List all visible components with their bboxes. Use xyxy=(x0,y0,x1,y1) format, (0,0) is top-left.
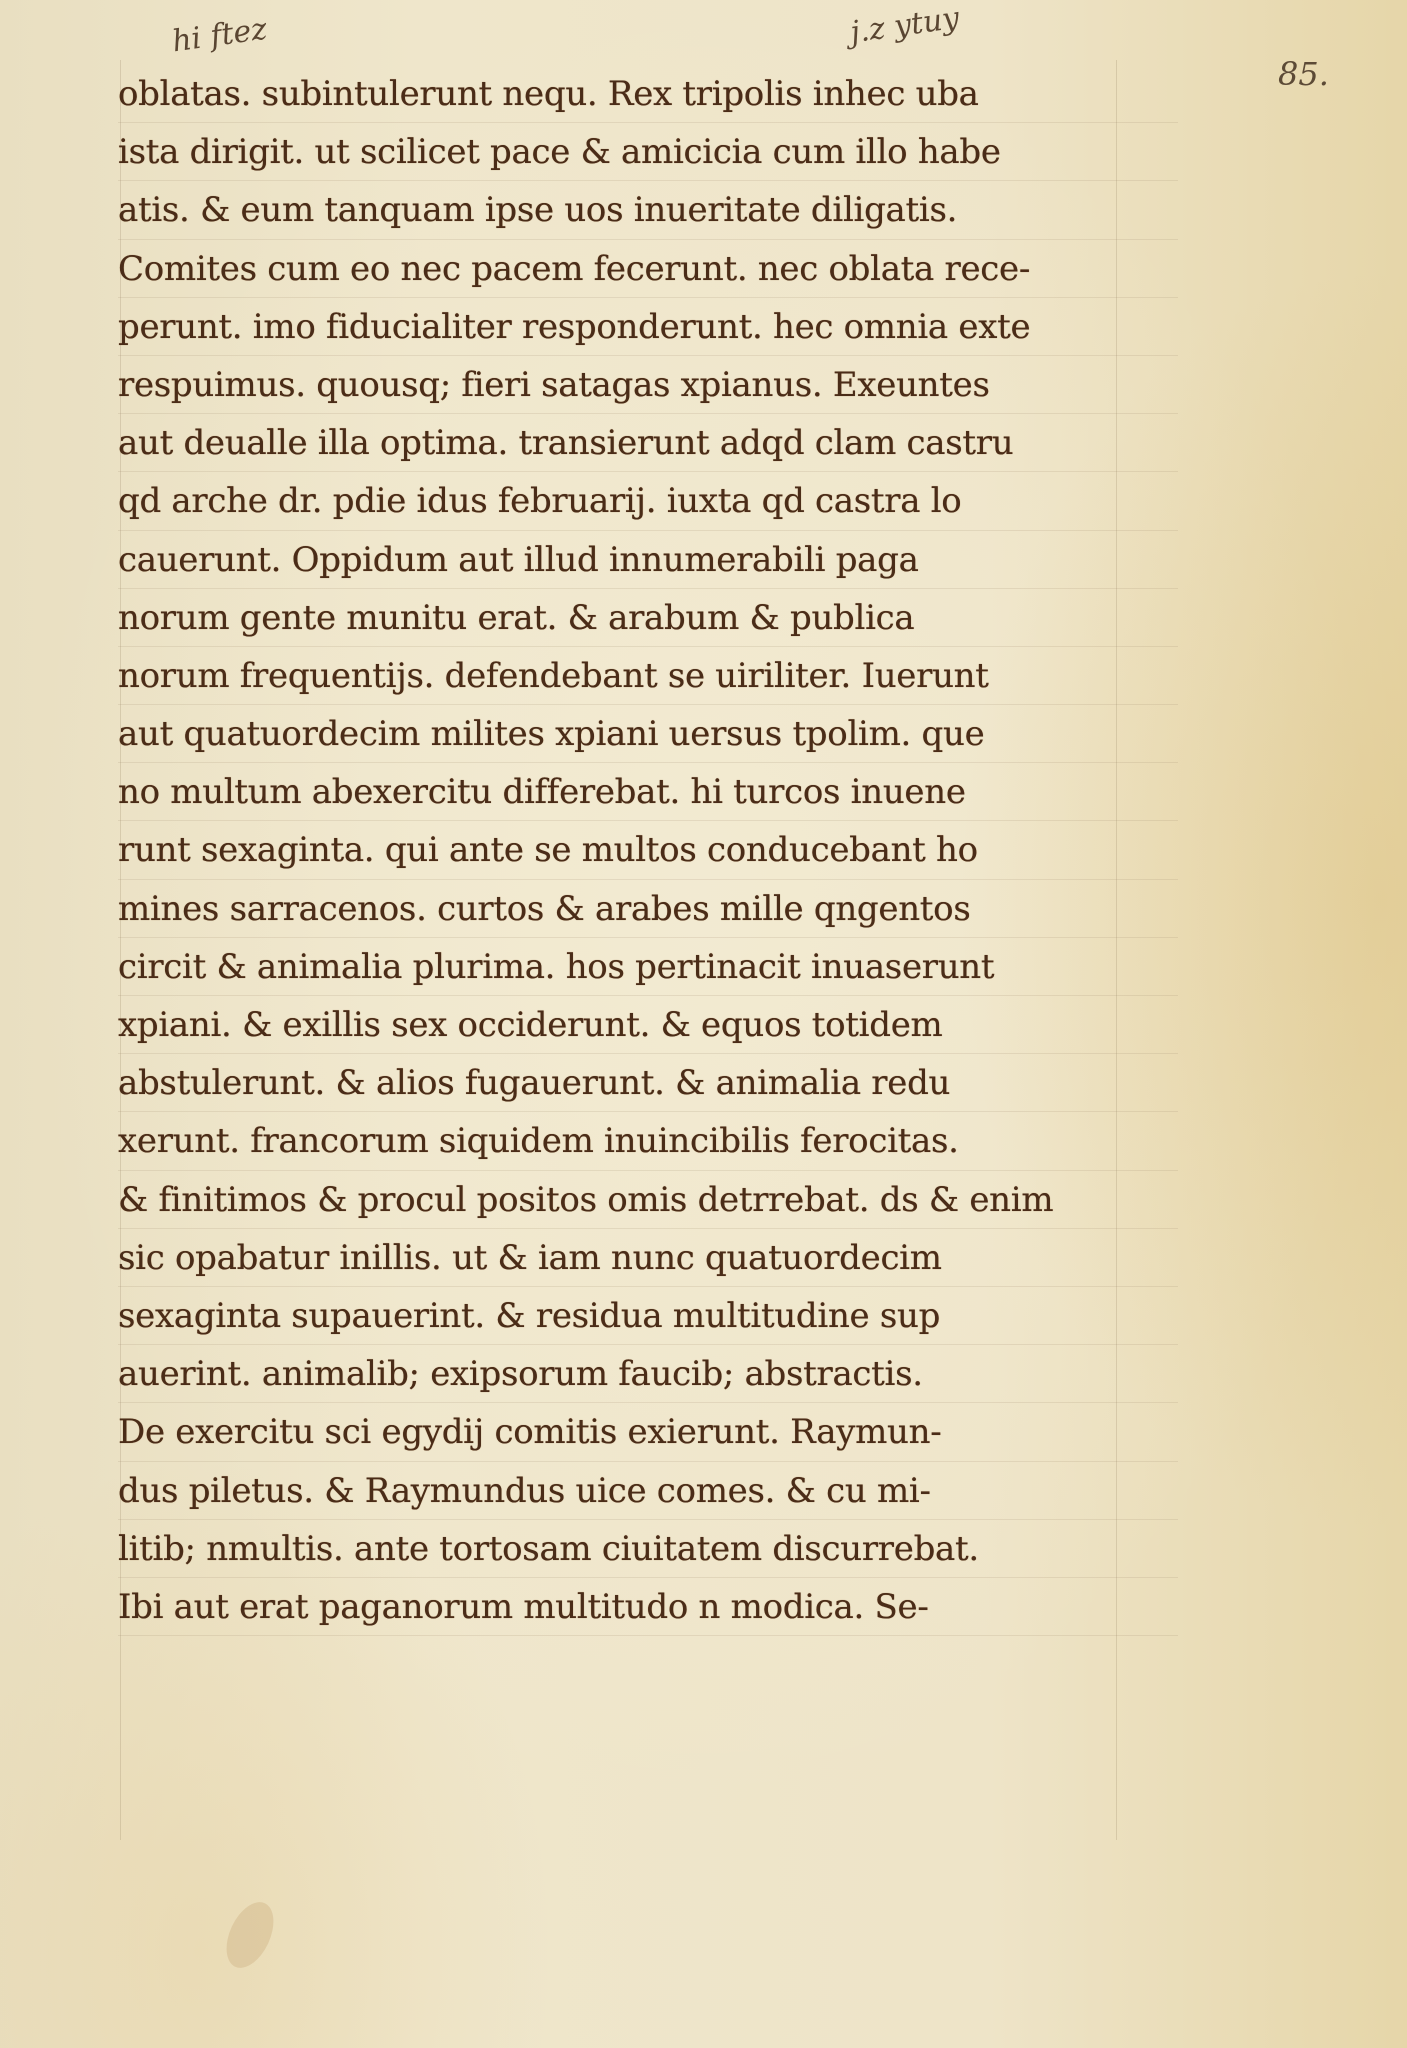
text-line: dus piletus. & Raymundus uice comes. & c… xyxy=(118,1462,1178,1520)
text-line: sic opabatur inillis. ut & iam nunc quat… xyxy=(118,1229,1178,1287)
folio-number: 85. xyxy=(1278,55,1329,93)
text-line: circit & animalia plurima. hos pertinaci… xyxy=(118,938,1178,996)
manuscript-text-block: oblatas. subintulerunt nequ. Rex tripoli… xyxy=(118,65,1178,1636)
text-line: no multum abexercitu differebat. hi turc… xyxy=(118,763,1178,821)
text-line: aut quatuordecim milites xpiani uersus t… xyxy=(118,705,1178,763)
text-line: atis. & eum tanquam ipse uos inueritate … xyxy=(118,181,1178,239)
text-line: litib; nmultis. ante tortosam ciuitatem … xyxy=(118,1520,1178,1578)
text-line: runt sexaginta. qui ante se multos condu… xyxy=(118,821,1178,879)
text-line: norum gente munitu erat. & arabum & publ… xyxy=(118,589,1178,647)
text-line: sexaginta supauerint. & residua multitud… xyxy=(118,1287,1178,1345)
text-line: De exercitu sci egydij comitis exierunt.… xyxy=(118,1403,1178,1461)
text-line: perunt. imo fiducialiter responderunt. h… xyxy=(118,298,1178,356)
text-line: cauerunt. Oppidum aut illud innumerabili… xyxy=(118,531,1178,589)
text-line: & finitimos & procul positos omis detrre… xyxy=(118,1171,1178,1229)
text-line: xpiani. & exillis sex occiderunt. & equo… xyxy=(118,996,1178,1054)
text-line: qd arche dr. pdie idus februarij. iuxta … xyxy=(118,472,1178,530)
text-line: xerunt. francorum siquidem inuincibilis … xyxy=(118,1112,1178,1170)
text-line: Comites cum eo nec pacem fecerunt. nec o… xyxy=(118,240,1178,298)
text-line: abstulerunt. & alios fugauerunt. & anima… xyxy=(118,1054,1178,1112)
text-line: aut deualle illa optima. transierunt adq… xyxy=(118,414,1178,472)
text-line: respuimus. quousq; fieri satagas xpianus… xyxy=(118,356,1178,414)
text-line: Ibi aut erat paganorum multitudo n modic… xyxy=(118,1578,1178,1636)
text-line: norum frequentijs. defendebant se uirili… xyxy=(118,647,1178,705)
text-line: ista dirigit. ut scilicet pace & amicici… xyxy=(118,123,1178,181)
text-line: auerint. animalib; exipsorum faucib; abs… xyxy=(118,1345,1178,1403)
text-line: mines sarracenos. curtos & arabes mille … xyxy=(118,880,1178,938)
text-line: oblatas. subintulerunt nequ. Rex tripoli… xyxy=(118,65,1178,123)
